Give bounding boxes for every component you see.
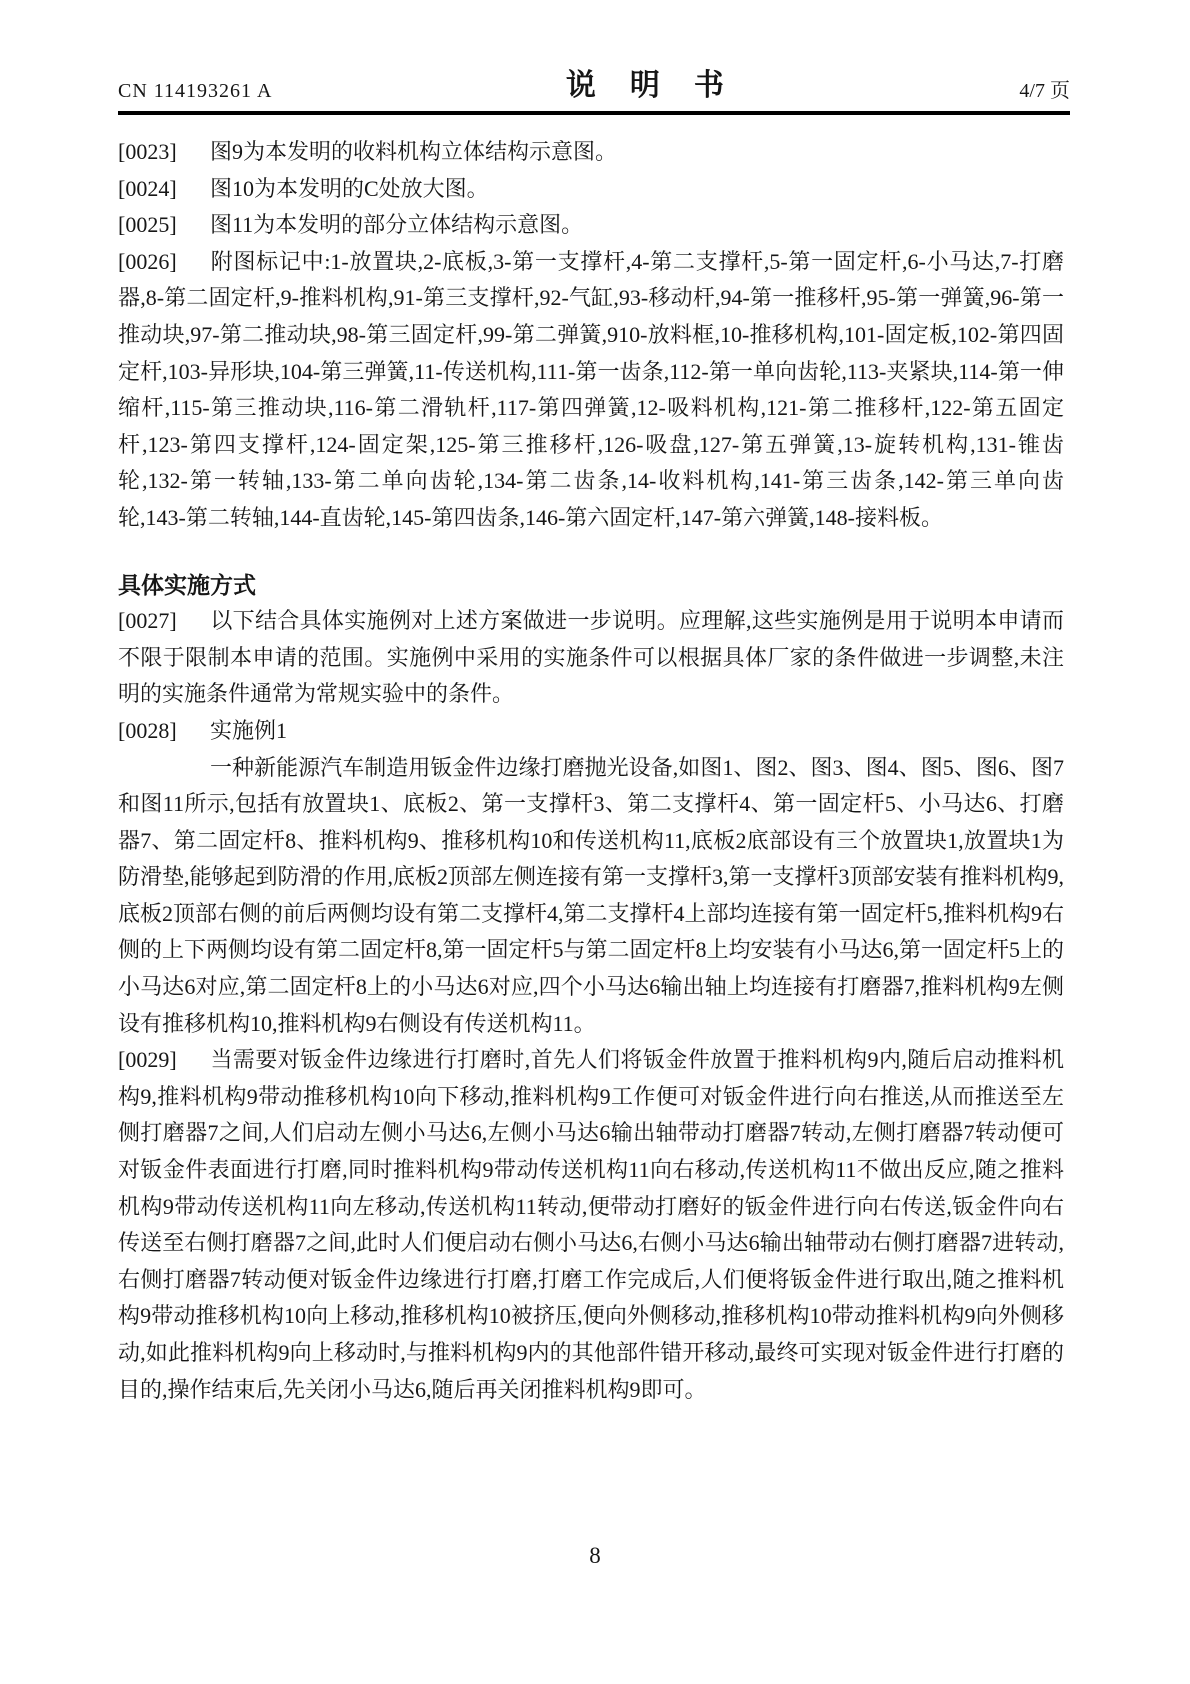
paragraph-embodiment-description: 一种新能源汽车制造用钣金件边缘打磨抛光设备,如图1、图2、图3、图4、图5、图6… (118, 750, 1064, 1043)
paragraph-0023: [0023]图9为本发明的收料机构立体结构示意图。 (118, 134, 1064, 171)
paragraph-text: 一种新能源汽车制造用钣金件边缘打磨抛光设备,如图1、图2、图3、图4、图5、图6… (118, 755, 1064, 1036)
document-title: 说 明 书 (566, 60, 726, 104)
page-header: CN 114193261 A 说 明 书 4/7 页 (118, 0, 1070, 115)
paragraph-text: 图11为本发明的部分立体结构示意图。 (210, 212, 583, 237)
paragraph-0028: [0028]实施例1 (118, 713, 1064, 750)
paragraph-text: 图9为本发明的收料机构立体结构示意图。 (210, 139, 617, 164)
paragraph-0026: [0026]附图标记中:1-放置块,2-底板,3-第一支撑杆,4-第二支撑杆,5… (118, 244, 1064, 537)
paragraph-number: [0026] (118, 244, 210, 281)
paragraph-text: 附图标记中:1-放置块,2-底板,3-第一支撑杆,4-第二支撑杆,5-第一固定杆… (118, 249, 1064, 530)
paragraph-0024: [0024]图10为本发明的C处放大图。 (118, 171, 1064, 208)
paragraph-text: 以下结合具体实施例对上述方案做进一步说明。应理解,这些实施例是用于说明本申请而不… (118, 608, 1064, 706)
paragraph-number: [0023] (118, 134, 210, 171)
patent-description-page: CN 114193261 A 说 明 书 4/7 页 [0023]图9为本发明的… (0, 0, 1190, 1684)
paragraph-number: [0028] (118, 713, 210, 750)
paragraph-number: [0025] (118, 207, 210, 244)
paragraph-number: [0024] (118, 171, 210, 208)
paragraph-0029: [0029]当需要对钣金件边缘进行打磨时,首先人们将钣金件放置于推料机构9内,随… (118, 1042, 1064, 1408)
paragraph-text: 当需要对钣金件边缘进行打磨时,首先人们将钣金件放置于推料机构9内,随后启动推料机… (118, 1047, 1064, 1401)
page-indicator: 4/7 页 (1019, 74, 1070, 104)
paragraph-0027: [0027]以下结合具体实施例对上述方案做进一步说明。应理解,这些实施例是用于说… (118, 603, 1064, 713)
paragraph-text: 实施例1 (210, 718, 287, 743)
paragraph-number: [0027] (118, 603, 210, 640)
publication-number: CN 114193261 A (118, 80, 272, 104)
page-number: 8 (0, 1543, 1190, 1569)
paragraph-number: [0029] (118, 1042, 210, 1079)
paragraph-0025: [0025]图11为本发明的部分立体结构示意图。 (118, 207, 1064, 244)
section-heading-detailed-description: 具体实施方式 (118, 567, 1064, 604)
document-body: [0023]图9为本发明的收料机构立体结构示意图。 [0024]图10为本发明的… (118, 134, 1064, 1408)
paragraph-text: 图10为本发明的C处放大图。 (210, 176, 489, 201)
